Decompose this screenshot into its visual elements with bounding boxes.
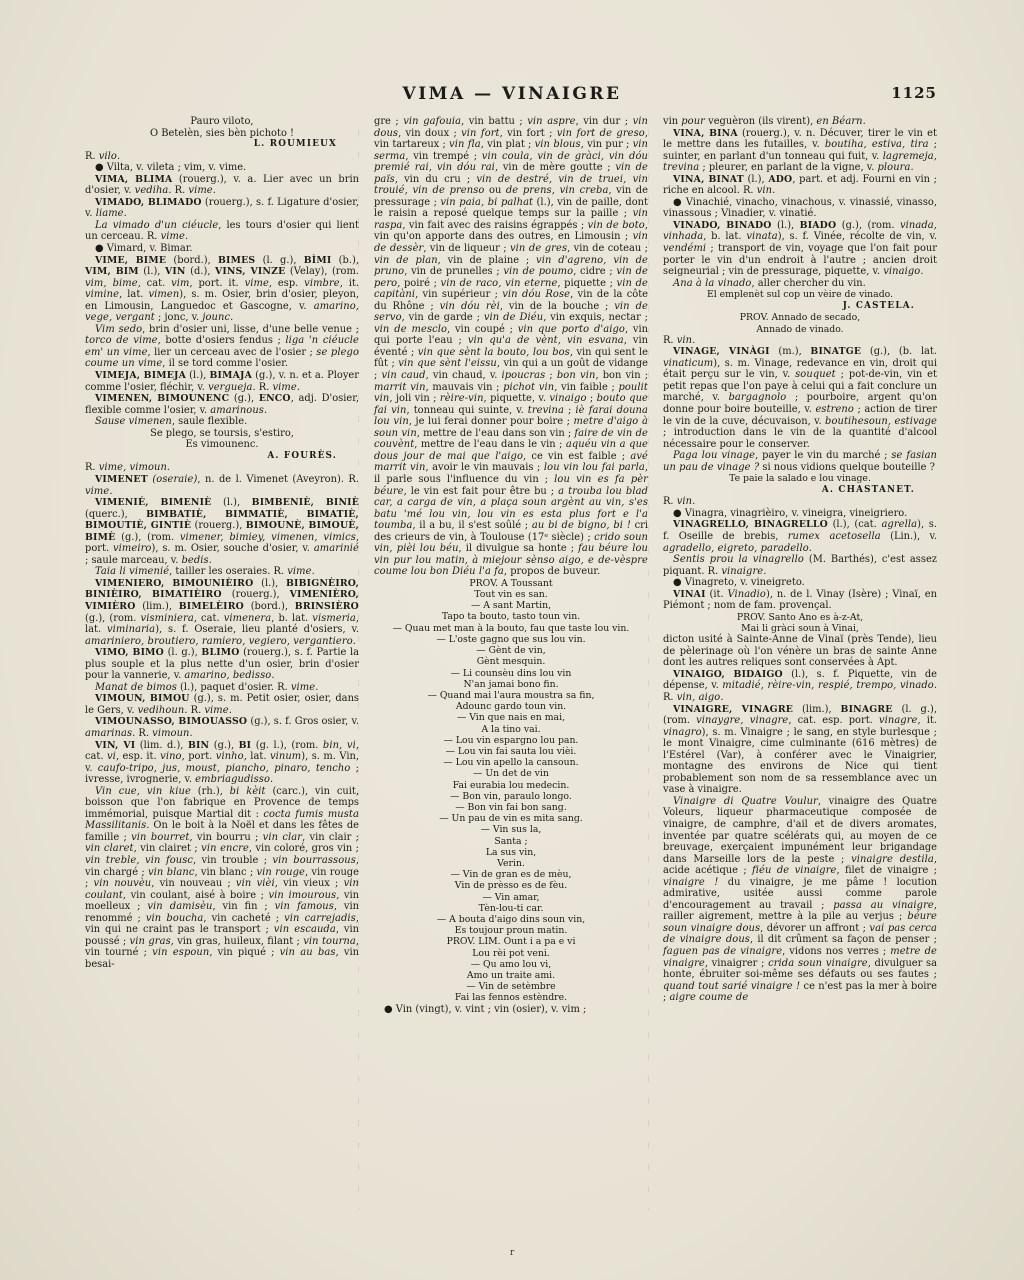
paragraph: ● Vinagra, vinagrièiro, v. vineigra, vin… (663, 508, 937, 520)
paragraph: VINAI (it. Vinadio), n. de l. Vinay (Isè… (663, 589, 937, 612)
paragraph: ● Vin (vingt), v. vint ; vin (osier), v.… (374, 1004, 648, 1016)
paragraph: ● Vimard, v. Bimar. (85, 243, 359, 255)
paragraph: VINAGRELLO, BINAGRELLO (l.), (cat. agrel… (663, 519, 937, 554)
paragraph: VINAGE, VINÀGI (m.), BINATGE (g.), (b. l… (663, 346, 937, 450)
paragraph: R. vime, vimoun. (85, 462, 359, 474)
paragraph: A. CHASTANET. (663, 485, 937, 497)
paragraph: VINAIGRE, VINAGRE (lim.), BINAGRE (l. g.… (663, 704, 937, 796)
scanned-dictionary-page: VIMA — VINAIGRE 1125 Pauro viloto, O Bet… (0, 0, 1024, 1280)
paragraph: ● Vilta, v. vileta ; vim, v. vime. (85, 162, 359, 174)
paragraph: PROV. Annado de secado, Annado de vinado… (663, 312, 937, 334)
paragraph: Vim sedo, brin d'osier uni, lisse, d'une… (85, 324, 359, 370)
page-content: VIMA — VINAIGRE 1125 Pauro viloto, O Bet… (85, 0, 939, 1015)
paragraph: VIMEJA, BIMEJA (l.), BIMAJA (g.), v. n. … (85, 370, 359, 393)
paragraph: VIMO, BIMO (l. g.), BLIMO (rouerg.), s. … (85, 647, 359, 682)
column-divider-artifact (648, 130, 649, 1210)
paragraph: VINA, BINA (rouerg.), v. n. Décuver, tir… (663, 128, 937, 174)
paragraph: Se plego, se toursis, s'estiro, Es vimou… (85, 428, 359, 451)
printers-signature-mark: r (0, 1248, 1024, 1258)
paragraph: PROV. A Toussant Tout vin es san. — A sa… (374, 578, 648, 1004)
paragraph: L. ROUMIEUX (85, 139, 359, 151)
paragraph: VINADO, BINADO (l.), BIADO (g.), (rom. v… (663, 220, 937, 278)
paragraph: ● Vinachié, vinacho, vinachous, v. vinas… (663, 197, 937, 220)
paragraph: Paga lou vinage, payer le vin du marché … (663, 450, 937, 473)
paragraph: ● Vinagreto, v. vineigreto. (663, 577, 937, 589)
page-number: 1125 (891, 84, 937, 102)
paragraph: PROV. Santo Ano es à-z-At, Mai li gràci … (663, 612, 937, 634)
paragraph: J. CASTELA. (663, 301, 937, 313)
paragraph: R. vilo. (85, 151, 359, 163)
paragraph: VIMOUNASSO, BIMOUASSO (g.), s. f. Gros o… (85, 716, 359, 739)
paragraph: VIME, BIME (bord.), BIMES (l. g.), BÌMI … (85, 255, 359, 324)
paragraph: Manat de bimos (l.), paquet d'osier. R. … (85, 682, 359, 694)
page-title: VIMA — VINAIGRE (85, 84, 939, 104)
paragraph: Taia li vimenié, tailler les oseraies. R… (85, 566, 359, 578)
paragraph: A. FOURÈS. (85, 451, 359, 463)
column-3: vin pour veguèron (ils virent), en Béarn… (663, 116, 937, 1015)
paragraph: VIMENIÉ, BIMENIÈ (l.), BIMBENIÈ, BINIÈ (… (85, 497, 359, 566)
paragraph: VIMOUN, BIMOU (g.), s. m. Petit osier, o… (85, 693, 359, 716)
paragraph: El emplenèt sul cop un vèire de vinado. (663, 289, 937, 301)
paragraph: La vimado d'un ciéucle, les tours d'osie… (85, 220, 359, 243)
paragraph: R. vin. (663, 335, 937, 347)
column-divider-artifact (358, 130, 359, 1210)
paragraph: Vinaigre di Quatre Voulur, vinaigre des … (663, 796, 937, 1004)
text-columns: Pauro viloto, O Betelèn, sies bèn pichot… (85, 116, 939, 1015)
paragraph: VIMADO, BLIMADO (rouerg.), s. f. Ligatur… (85, 197, 359, 220)
paragraph: Pauro viloto, O Betelèn, sies bèn pichot… (85, 116, 359, 139)
paragraph: VIMA, BLIMA (rouerg.), v. a. Lier avec u… (85, 174, 359, 197)
paragraph: dicton usité à Sainte-Anne de Vinaï (prè… (663, 634, 937, 669)
column-2: gre ; vin gafouia, vin battu ; vin aspre… (374, 116, 648, 1015)
paragraph: VIMENEN, BIMOUNENC (g.), ENCO, adj. D'os… (85, 393, 359, 416)
paragraph: vin pour veguèron (ils virent), en Béarn… (663, 116, 937, 128)
paragraph: VIMENET (oseraie), n. de l. Vimenet (Ave… (85, 474, 359, 497)
paragraph: Ana à la vinado, aller chercher du vin. (663, 278, 937, 290)
paragraph: VINA, BINAT (l.), ADO, part. et adj. Fou… (663, 174, 937, 197)
page-header: VIMA — VINAIGRE 1125 (85, 84, 939, 110)
paragraph: VIN, VI (lim. d.), BIN (g.), BI (g. l.),… (85, 740, 359, 786)
paragraph: VIMENIERO, BIMOUNIÈIRO (l.), BIBIGNÈIRO,… (85, 578, 359, 647)
paragraph: Vin cue, vin kiue (rh.), bi kèit (carc.)… (85, 786, 359, 971)
paragraph: Sentis prou la vinagrello (M. Barthés), … (663, 554, 937, 577)
paragraph: VINAIGO, BIDAIGO (l.), s. f. Piquette, v… (663, 669, 937, 704)
column-1: Pauro viloto, O Betelèn, sies bèn pichot… (85, 116, 359, 1015)
paragraph: Sause vimenen, saule flexible. (85, 416, 359, 428)
paragraph: R. vin. (663, 496, 937, 508)
paragraph: Te paie la salado e lou vinage. (663, 473, 937, 485)
paragraph: gre ; vin gafouia, vin battu ; vin aspre… (374, 116, 648, 578)
